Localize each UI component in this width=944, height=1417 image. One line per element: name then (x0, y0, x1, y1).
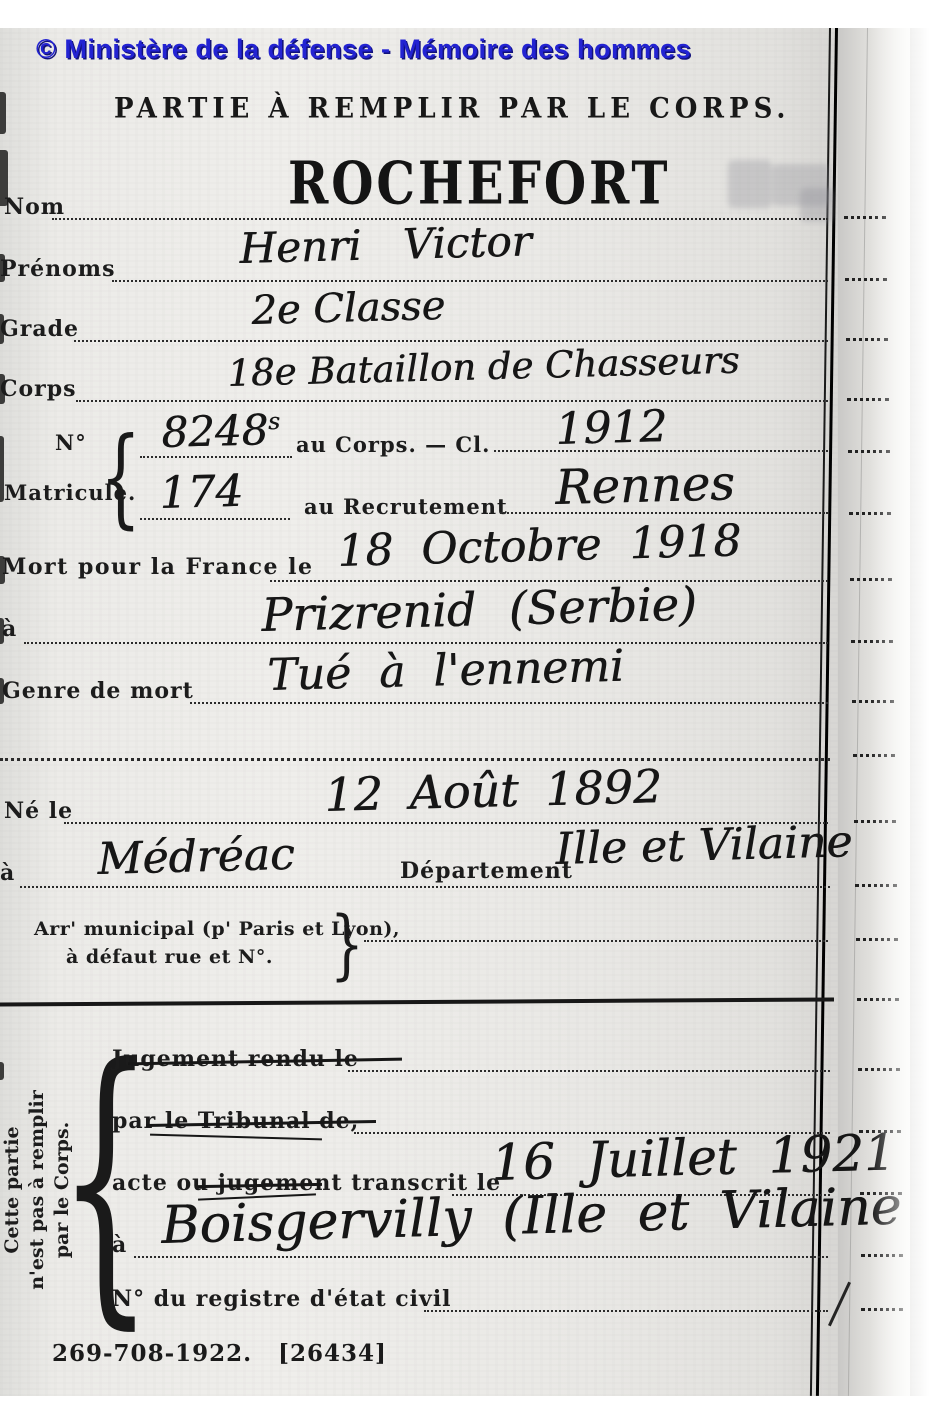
field-departement-value: Ille et Vilaine (555, 816, 853, 875)
matricule-brace: { (100, 424, 141, 532)
field-mort-lieu-line (24, 642, 828, 644)
faded-stamp (728, 160, 772, 208)
matricule-suffix: s (268, 409, 281, 435)
field-jugement-line (348, 1070, 830, 1072)
field-classe-value: 1912 (555, 401, 668, 455)
print-batch-code: [26434] (278, 1340, 387, 1367)
field-ne-lieu-line (20, 886, 830, 888)
field-arrondissement-line (364, 940, 828, 942)
form-title: PARTIE À REMPLIR PAR LE CORPS. (114, 93, 791, 125)
field-recrutement-number: 174 (159, 466, 244, 519)
marginal-note-line: Cette partie (0, 1060, 25, 1320)
field-grade-value: 2e Classe (251, 283, 446, 334)
field-transcription-lieu-label: à (112, 1232, 127, 1258)
print-reference: 269-708-1922.[26434] (52, 1340, 387, 1367)
arrondissement-brace: } (330, 906, 364, 982)
field-mort-lieu-value: Prizrenid (Serbie) (261, 577, 698, 642)
print-reference-number: 269-708-1922. (52, 1340, 252, 1367)
continuation-line (0, 758, 830, 761)
field-nom-value: ROCHEFORT (288, 148, 670, 218)
scan-fade (870, 0, 944, 1417)
matricule-line-2a (140, 518, 290, 520)
field-ne-lieu-label: à (0, 860, 15, 886)
field-genre-mort-line (190, 702, 828, 704)
field-genre-mort-value: Tué à l'ennemi (267, 641, 625, 701)
field-registre-line (424, 1310, 828, 1312)
marginal-note-line: n'est pas à remplir (25, 1060, 50, 1320)
scan-margin-bottom (0, 1396, 944, 1417)
field-au-corps-label: au Corps. — Cl. (296, 432, 490, 457)
field-mort-le-label: Mort pour la France le (2, 554, 314, 580)
field-corps-label: Corps (0, 376, 77, 402)
field-grade-label: Grade (0, 316, 79, 342)
scan-margin-top (0, 0, 944, 28)
scanned-death-record: © Ministère de la défense - Mémoire des … (0, 0, 944, 1417)
field-ne-lieu-value: Médréac (97, 829, 295, 885)
field-genre-mort-label: Genre de mort (2, 678, 194, 704)
faded-stamp (800, 188, 834, 222)
field-registre-label: N° du registre d'état civil (112, 1286, 452, 1312)
field-transcription-lieu-line (134, 1256, 828, 1258)
field-matricule-label-1: N° (55, 430, 87, 455)
field-nom-label: Nom (4, 194, 65, 220)
field-departement-label: Département (400, 858, 573, 884)
archive-watermark: © Ministère de la défense - Mémoire des … (36, 34, 691, 65)
field-ne-le-label: Né le (4, 798, 73, 824)
scan-edge-mark (0, 92, 6, 134)
matricule-line-1a (140, 456, 292, 458)
field-au-recrutement-label: au Recrutement (304, 494, 508, 519)
field-mort-lieu-label: à (2, 616, 17, 642)
field-recrutement-value: Rennes (555, 455, 736, 516)
field-prenoms-line (112, 280, 828, 282)
field-ne-le-value: 12 Août 1892 (324, 759, 663, 822)
field-matricule-corps-number: 8248s (161, 405, 281, 457)
field-corps-line (76, 400, 828, 402)
field-prenoms-label: Prénoms (0, 256, 115, 282)
field-mort-le-value: 18 Octobre 1918 (337, 515, 742, 577)
field-prenoms-value: Henri Victor (239, 216, 532, 273)
field-arrondissement-label-2: à défaut rue et N°. (66, 946, 273, 968)
